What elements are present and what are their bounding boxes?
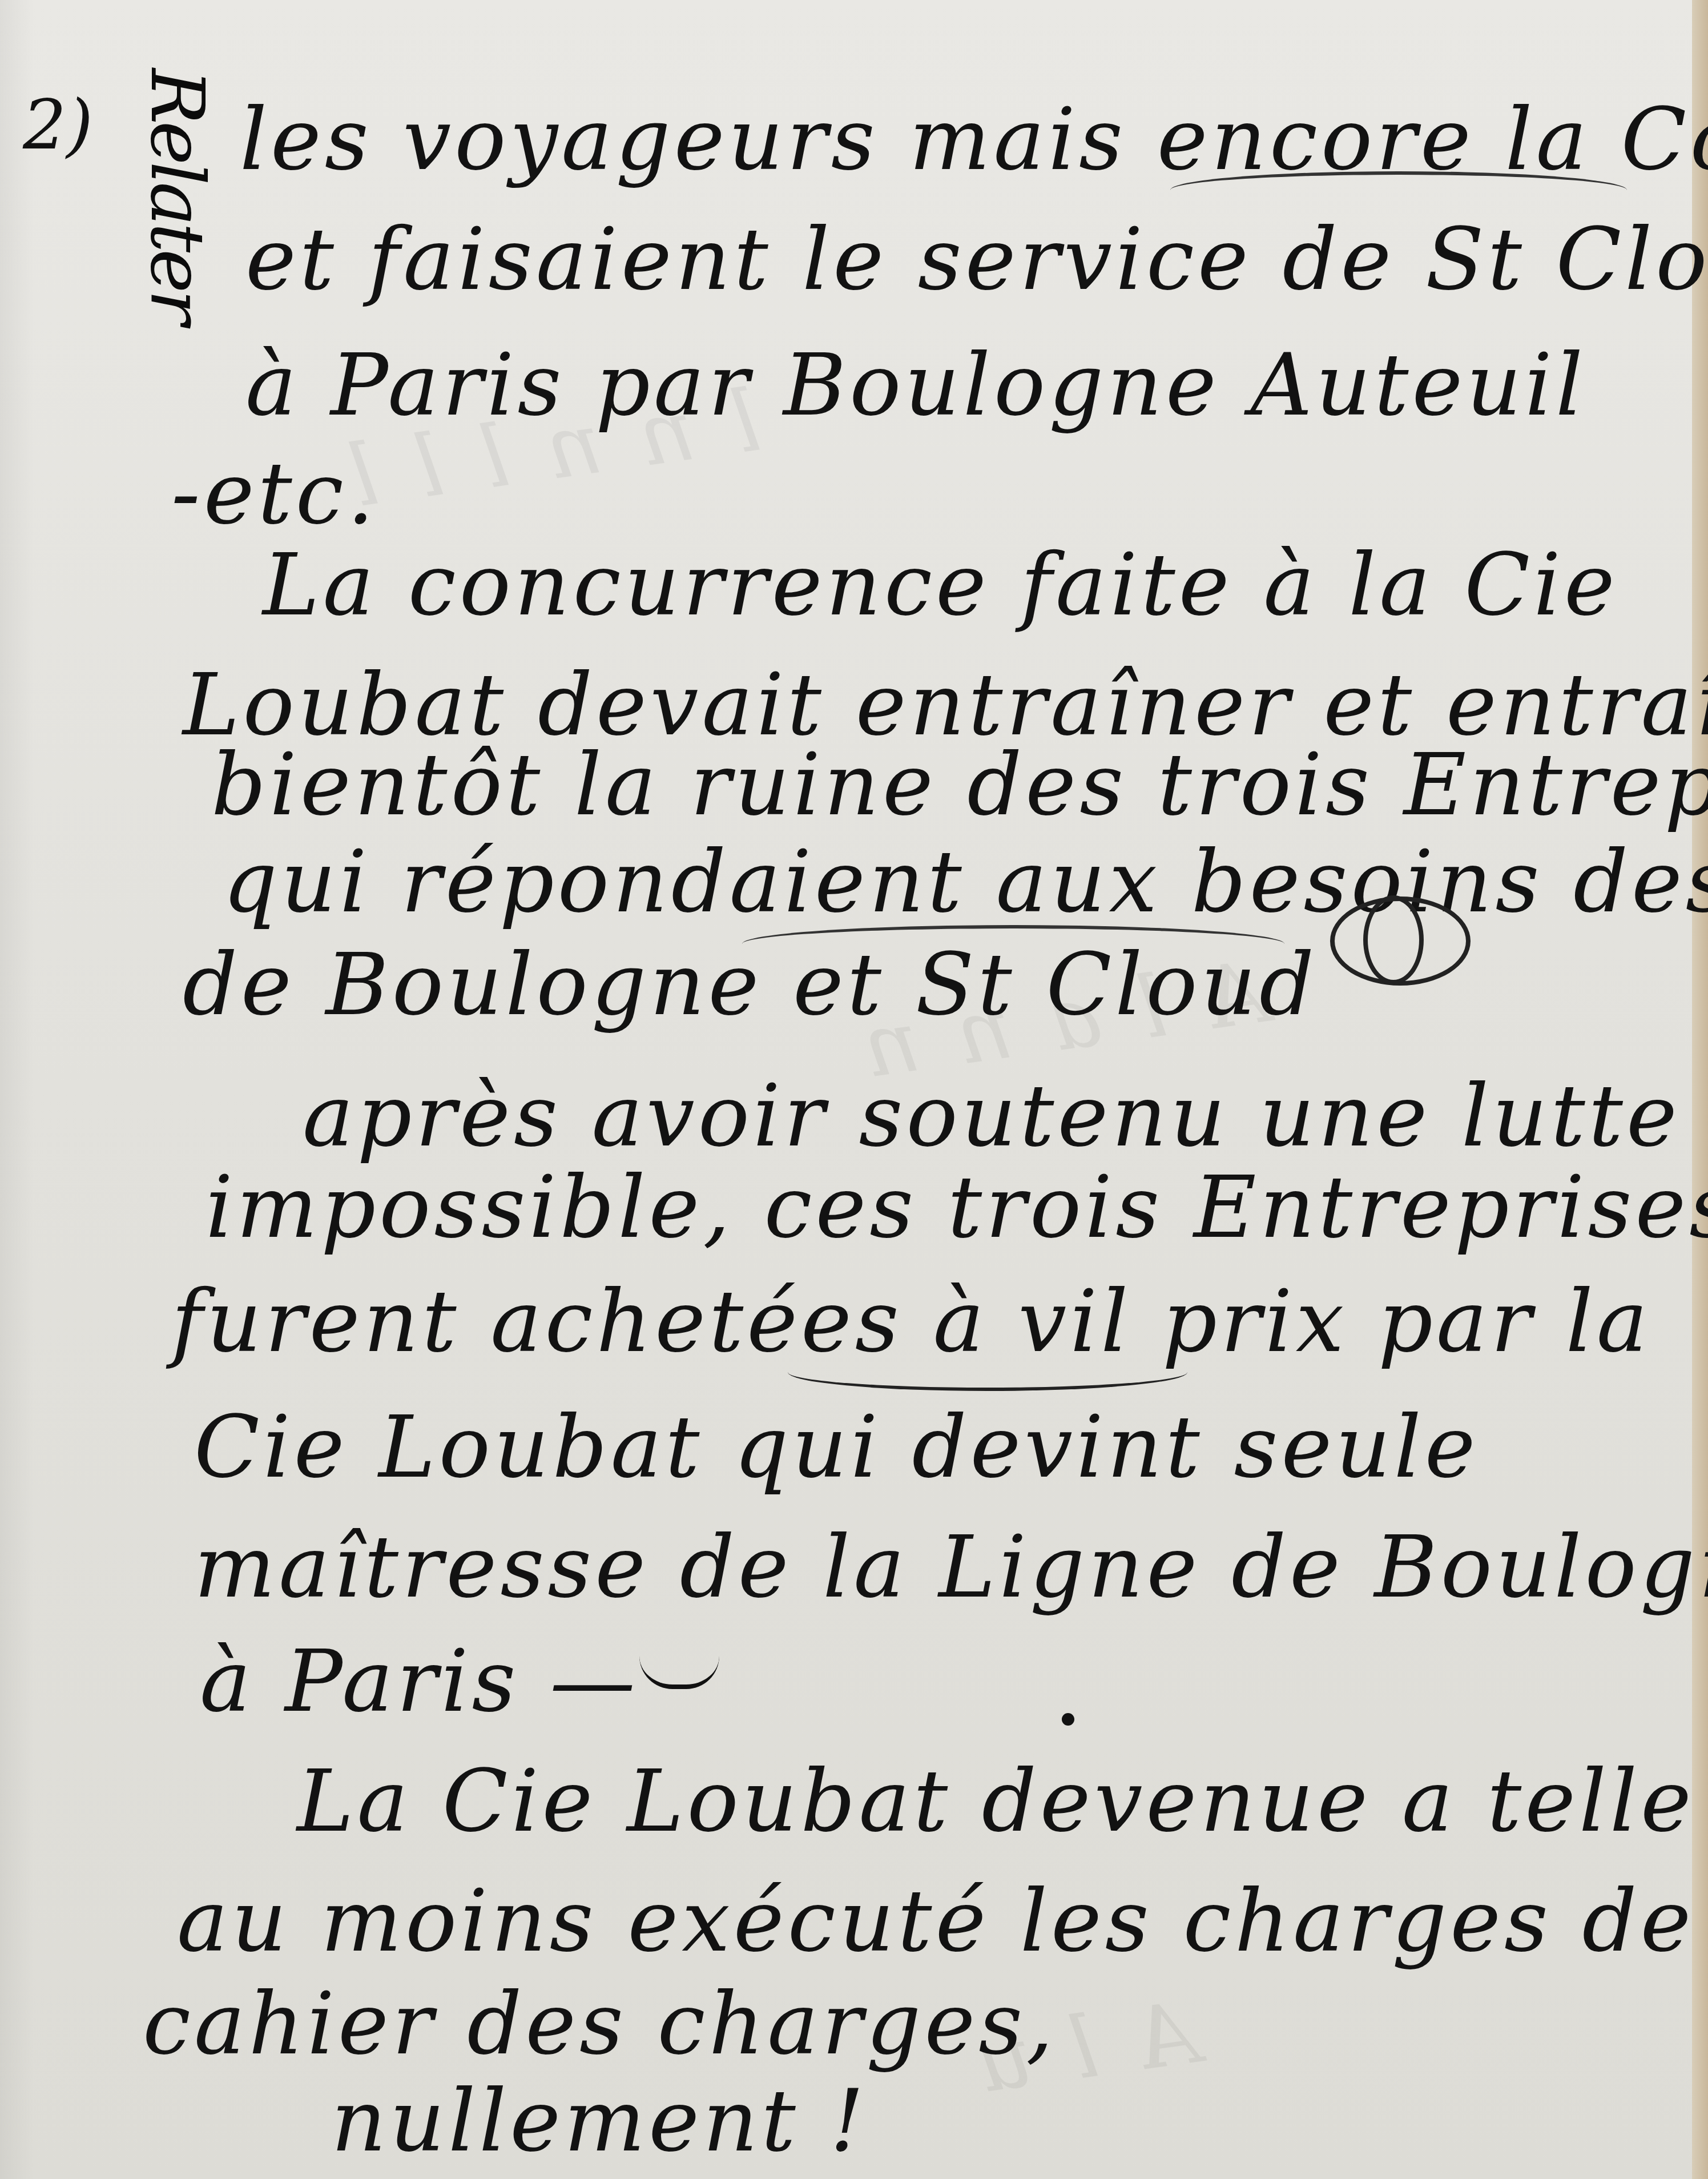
manuscript-line-9: de Boulogne et St Cloud xyxy=(183,942,1318,1028)
manuscript-line-8: qui répondaient aux besoins des villes xyxy=(223,839,1708,925)
manuscript-line-4: -etc. xyxy=(171,451,377,537)
underline xyxy=(788,1353,1187,1391)
manuscript-line-2: et faisaient le service de St Cloud xyxy=(245,217,1708,303)
page-number: 2) xyxy=(23,86,93,165)
manuscript-line-13: Cie Loubat qui devint seule xyxy=(194,1405,1479,1490)
manuscript-line-11: impossible, ces trois Entreprises de voi… xyxy=(206,1165,1708,1251)
page-edge xyxy=(1692,0,1708,2179)
manuscript-line-15: à Paris — xyxy=(200,1639,639,1724)
ink-scribble xyxy=(1330,896,1471,986)
margin-note: Relater xyxy=(134,69,221,321)
dash-stroke xyxy=(639,1656,719,1689)
line-16-text: La Cie Loubat devenue a telle xyxy=(297,1752,1695,1851)
manuscript-line-16: La Cie Loubat devenue a telle xyxy=(297,1759,1695,1844)
manuscript-line-10: après avoir soutenu une lutte xyxy=(303,1074,1681,1159)
manuscript-line-18: cahier des charges, xyxy=(143,1981,1057,2067)
manuscript-line-14: maîtresse de la Ligne de Boulogne xyxy=(194,1525,1708,1610)
ink-dot xyxy=(1062,1713,1074,1726)
manuscript-line-12: furent achetées à vil prix par la xyxy=(171,1279,1651,1365)
manuscript-line-1: les voyageurs mais encore la Compagnie xyxy=(240,97,1708,183)
manuscript-line-7: bientôt la ruine des trois Entreprises xyxy=(211,742,1708,828)
manuscript-page: l n n l l l A l a n n A l u 2) Relater l… xyxy=(0,0,1708,2179)
manuscript-line-17: au moins exécuté les charges de son xyxy=(177,1879,1708,1964)
manuscript-line-3: à Paris par Boulogne Auteuil xyxy=(245,343,1586,428)
pencil-arc xyxy=(1170,171,1627,209)
manuscript-line-5: La concurrence faite à la Cie xyxy=(263,542,1618,628)
manuscript-line-19: nullement ! xyxy=(331,2079,868,2164)
